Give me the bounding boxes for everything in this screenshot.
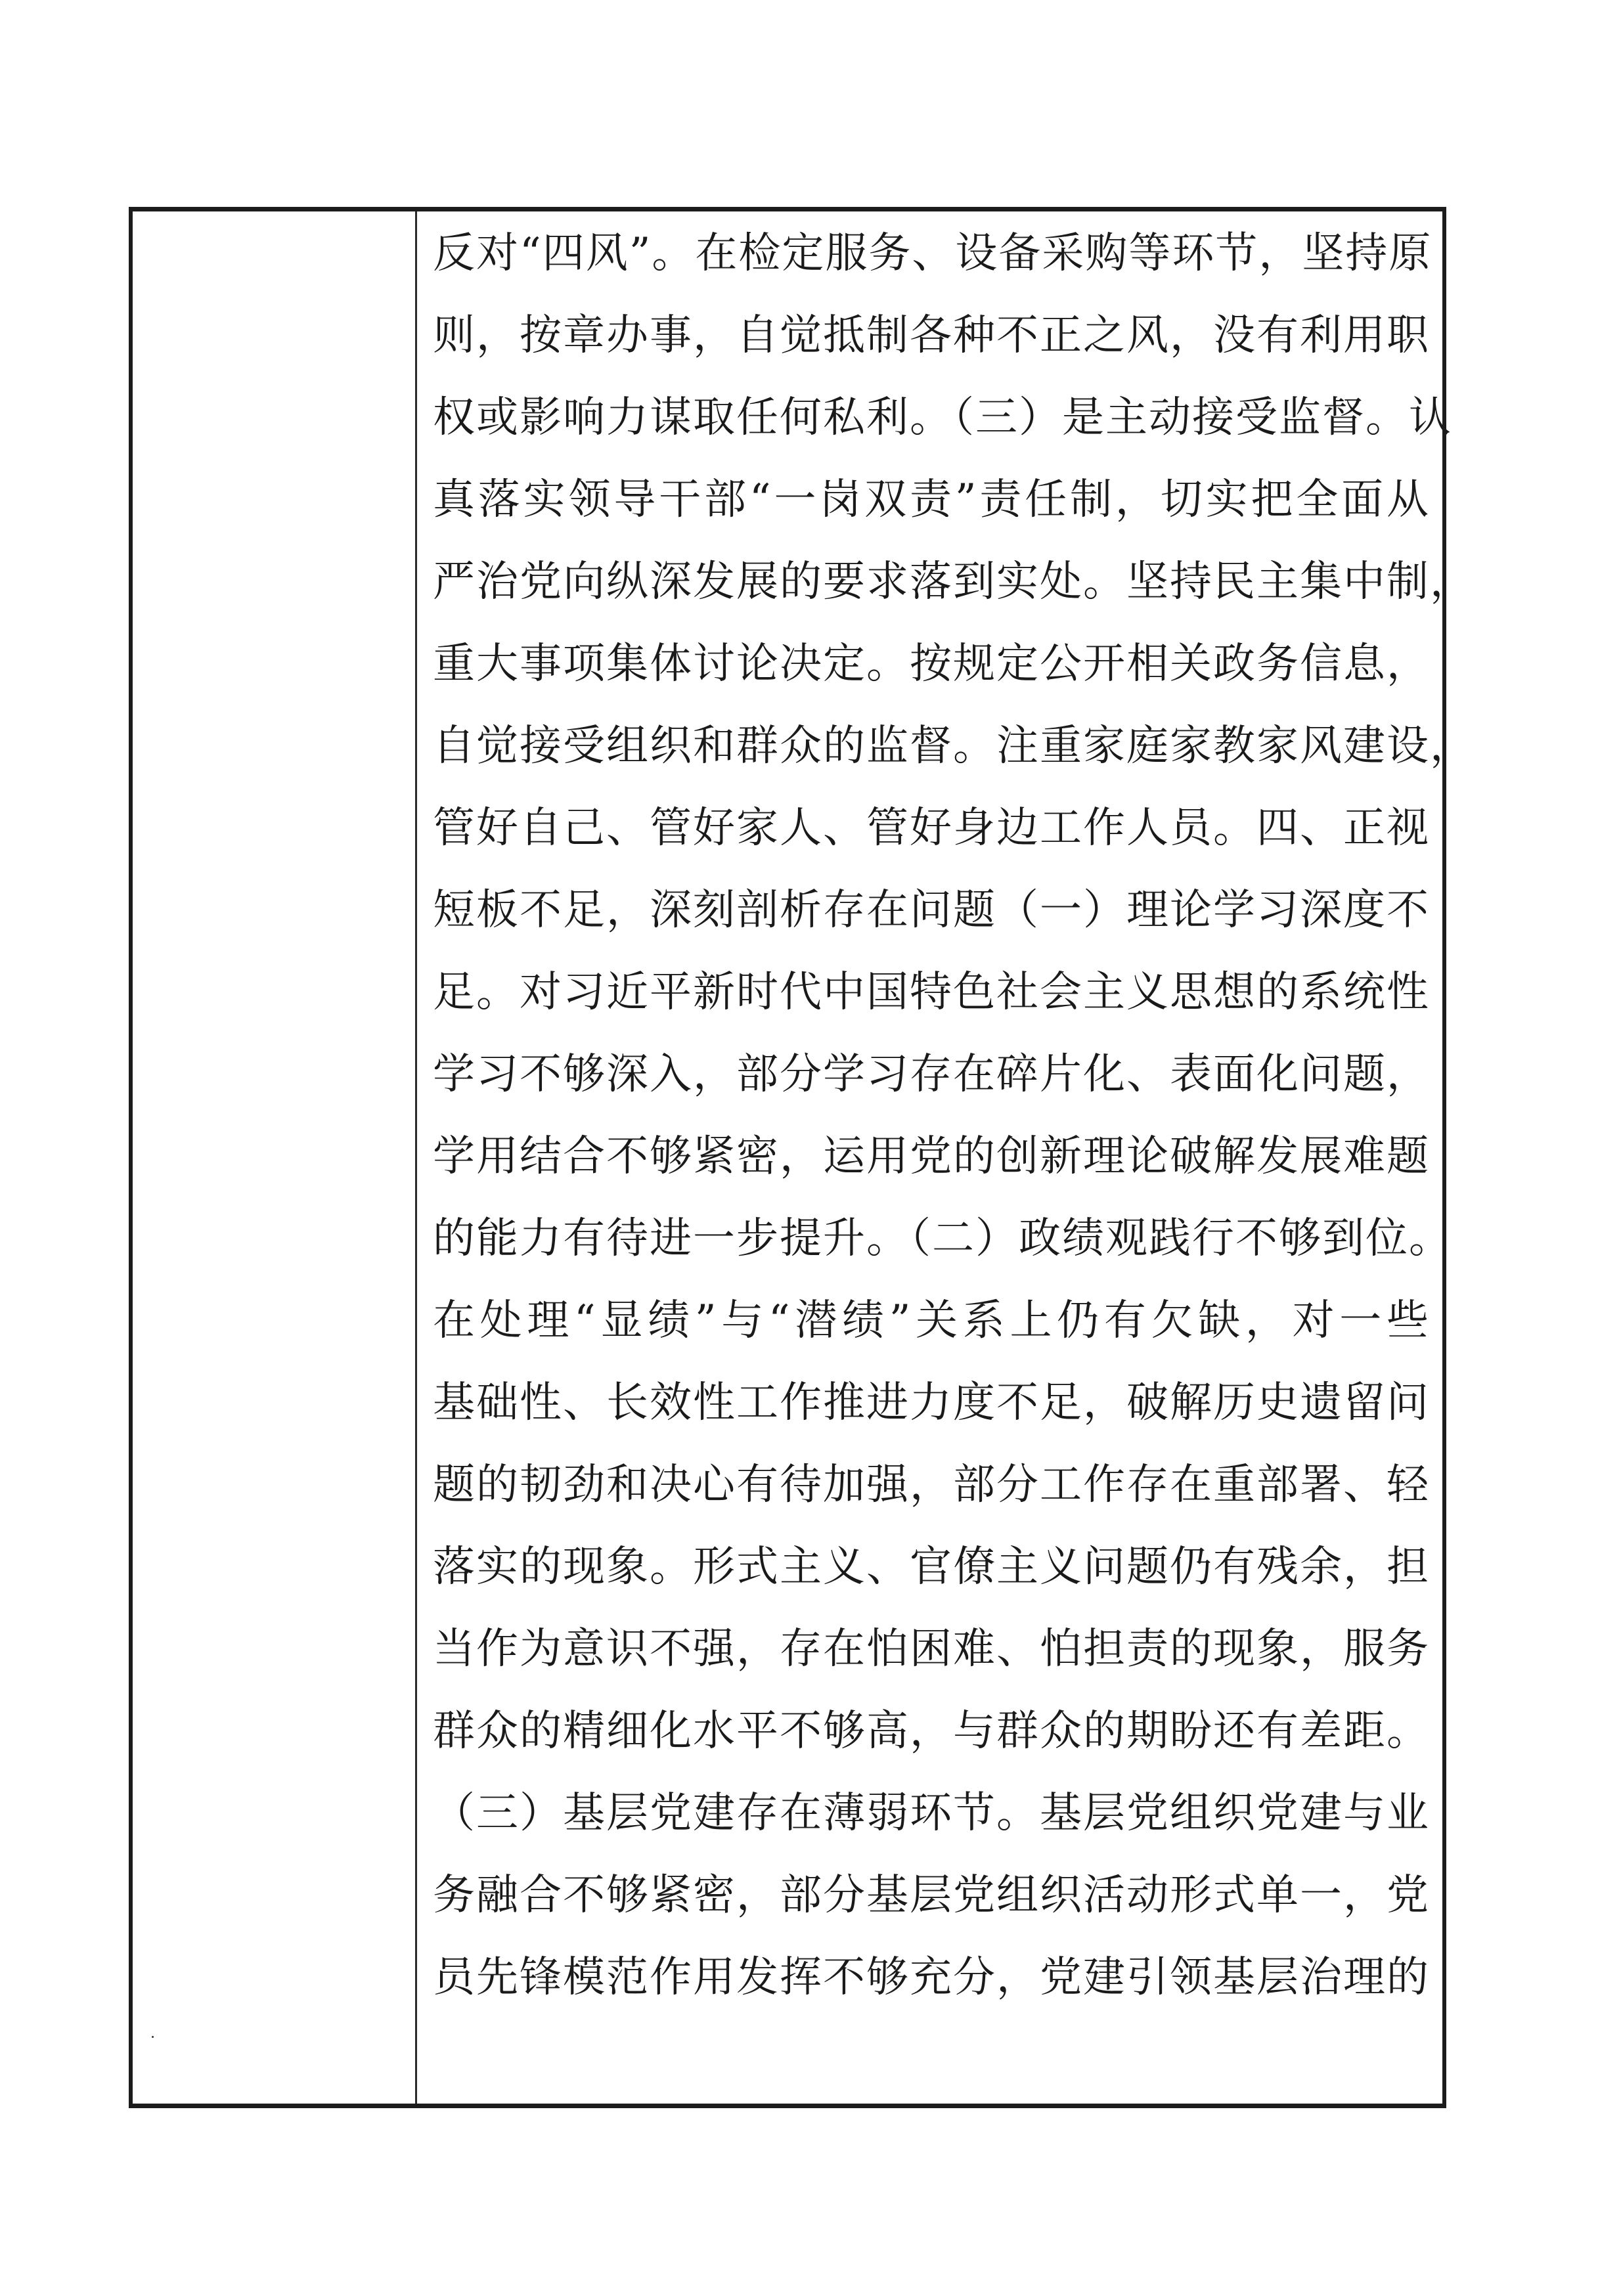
text-line: 务融合不够紧密，部分基层党组织活动形式单一，党 [433, 1872, 1430, 1954]
text-line: 重大事项集体讨论决定。按规定公开相关政务信息， [433, 640, 1430, 722]
text-line: 的能力有待进一步提升。（二）政绩观践行不够到位。 [433, 1215, 1430, 1297]
table-left-cell [133, 211, 417, 2104]
text-line: 自觉接受组织和群众的监督。注重家庭家教家风建设， [433, 722, 1430, 805]
text-line: 员先锋模范作用发挥不够充分，党建引领基层治理的 [433, 1954, 1430, 2036]
text-line: 管好自己、管好家人、管好身边工作人员。四、正视 [433, 805, 1430, 887]
text-line: 在处理“显绩”与“潜绩”关系上仍有欠缺，对一些 [433, 1297, 1430, 1379]
scan-speck [152, 2036, 154, 2038]
text-line: 足。对习近平新时代中国特色社会主义思想的系统性 [433, 969, 1430, 1051]
text-line: 权或影响力谋取任何私利。（三）是主动接受监督。认 [433, 394, 1430, 476]
table-right-cell: 反对“四风”。在检定服务、设备采购等环节，坚持原 则，按章办事，自觉抵制各种不正… [417, 211, 1442, 2104]
text-line: 则，按章办事，自觉抵制各种不正之风，没有利用职 [433, 312, 1430, 394]
text-line: 题的韧劲和决心有待加强，部分工作存在重部署、轻 [433, 1461, 1430, 1543]
body-text: 反对“四风”。在检定服务、设备采购等环节，坚持原 则，按章办事，自觉抵制各种不正… [433, 230, 1430, 2036]
text-line: （三）基层党建存在薄弱环节。基层党组织党建与业 [433, 1790, 1430, 1872]
text-line: 学习不够深入，部分学习存在碎片化、表面化问题， [433, 1051, 1430, 1133]
text-line: 基础性、长效性工作推进力度不足，破解历史遗留问 [433, 1379, 1430, 1461]
text-line: 落实的现象。形式主义、官僚主义问题仍有残余，担 [433, 1543, 1430, 1625]
text-line: 学用结合不够紧密，运用党的创新理论破解发展难题 [433, 1133, 1430, 1215]
text-line: 短板不足，深刻剖析存在问题（一）理论学习深度不 [433, 887, 1430, 969]
text-line: 真落实领导干部“一岗双责”责任制，切实把全面从 [433, 476, 1430, 558]
text-line: 反对“四风”。在检定服务、设备采购等环节，坚持原 [433, 230, 1430, 312]
text-line: 群众的精细化水平不够高，与群众的期盼还有差距。 [433, 1708, 1430, 1790]
text-line: 严治党向纵深发展的要求落到实处。坚持民主集中制， [433, 558, 1430, 640]
text-line: 当作为意识不强，存在怕困难、怕担责的现象，服务 [433, 1625, 1430, 1708]
document-table: 反对“四风”。在检定服务、设备采购等环节，坚持原 则，按章办事，自觉抵制各种不正… [129, 207, 1446, 2108]
